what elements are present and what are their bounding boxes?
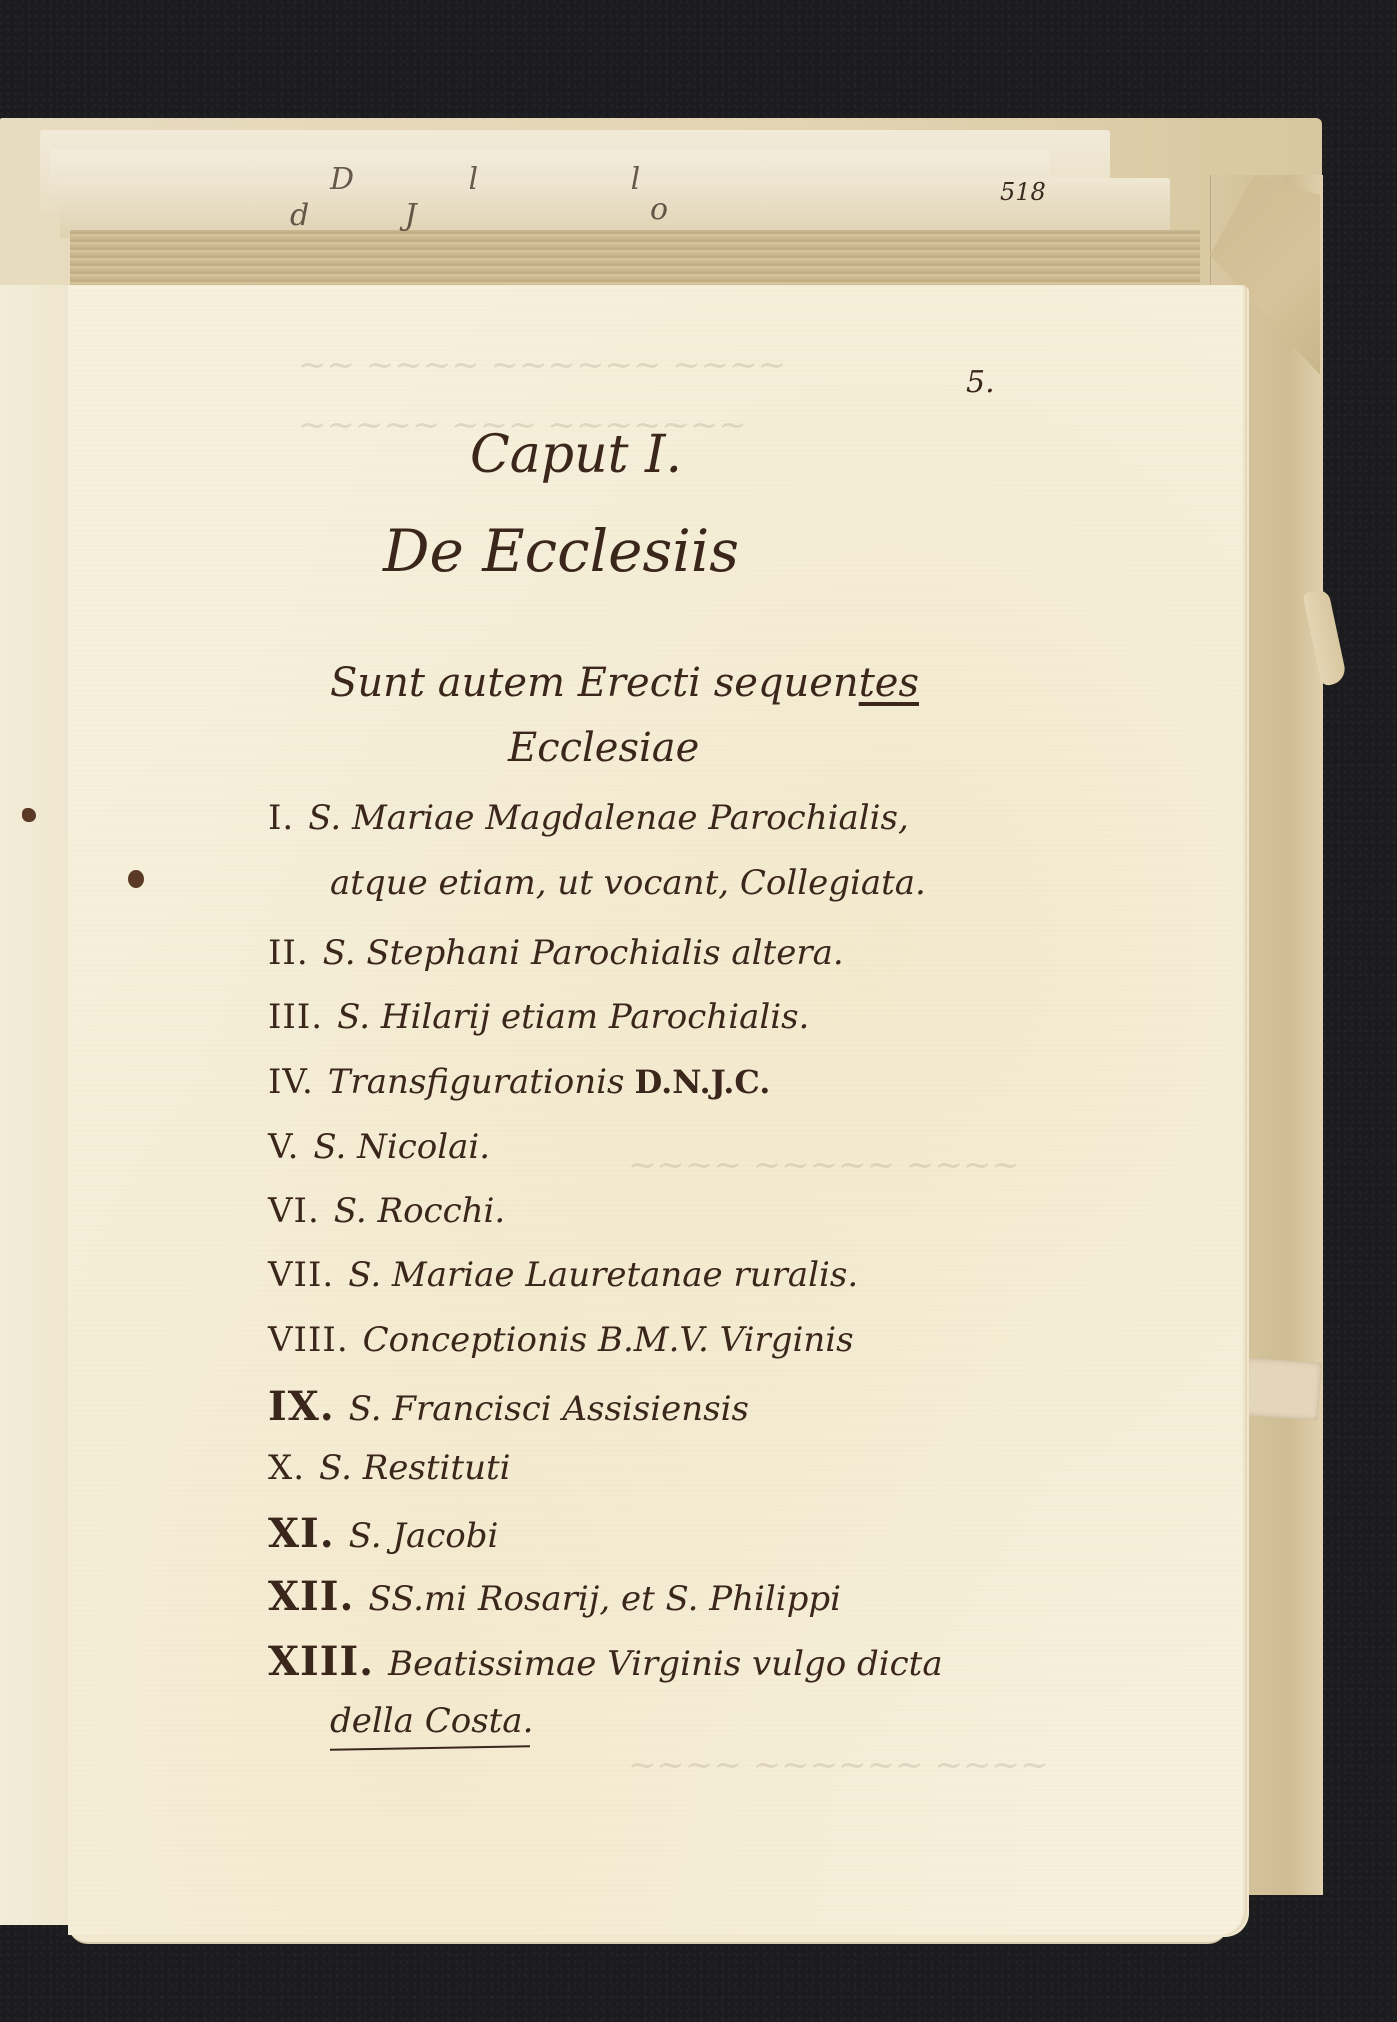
church-item: VI. S. Rocchi. <box>268 1191 505 1231</box>
church-numeral: VI. <box>268 1191 320 1231</box>
church-name: TransfigurationisD.N.J.C. <box>328 1062 771 1102</box>
church-numeral: X. <box>268 1448 305 1488</box>
church-item: IV. TransfigurationisD.N.J.C. <box>268 1062 770 1102</box>
church-numeral: XII. <box>268 1573 354 1620</box>
underline-stroke <box>330 1745 530 1750</box>
manuscript-page: ~~ ~~~~ ~~~~~~ ~~~~ ~~~~~ ~~~ ~~~~~~~ ~~… <box>68 285 1243 1935</box>
church-numeral: I. <box>268 798 294 838</box>
church-name: S. Mariae Magdalenae Parochialis, <box>308 798 909 838</box>
church-numeral: VIII. <box>268 1320 349 1360</box>
church-name-continuation: atque etiam, ut vocant, Collegiata. <box>330 863 926 903</box>
church-name: S. Restituti <box>319 1448 511 1488</box>
church-numeral: II. <box>268 933 309 973</box>
church-name: S. Jacobi <box>349 1516 499 1556</box>
folio-number: 518 <box>1000 178 1046 206</box>
church-name: S. Hilarij etiam Parochialis. <box>337 997 809 1037</box>
church-name: S. Stephani Parochialis altera. <box>323 933 844 973</box>
church-item: III. S. Hilarij etiam Parochialis. <box>268 997 809 1037</box>
page-stack: D l l d J o <box>30 130 1210 290</box>
church-name: S. Nicolai. <box>313 1127 490 1167</box>
page-edges-block <box>70 230 1200 290</box>
church-numeral: IX. <box>268 1383 335 1430</box>
church-numeral: III. <box>268 997 323 1037</box>
church-name: S. Rocchi. <box>334 1191 505 1231</box>
church-item: X. S. Restituti <box>268 1448 511 1488</box>
stack-handwriting: o <box>650 192 668 227</box>
church-name-text: Transfigurationis <box>328 1062 625 1102</box>
church-item: XI. S. Jacobi <box>268 1510 498 1557</box>
church-item: I. S. Mariae Magdalenae Parochialis, <box>268 798 909 838</box>
church-item: II. S. Stephani Parochialis altera. <box>268 933 844 973</box>
church-numeral: XIII. <box>268 1638 374 1685</box>
church-numeral: VII. <box>268 1255 334 1295</box>
church-name-abbrev: D.N.J.C. <box>635 1063 771 1101</box>
church-numeral: V. <box>268 1127 299 1167</box>
church-item: VIII. Conceptionis B.M.V. Virginis <box>268 1320 854 1360</box>
church-name: S. Mariae Lauretanae ruralis. <box>348 1255 858 1295</box>
church-item: IX. S. Francisci Assisiensis <box>268 1383 749 1430</box>
church-item: V. S. Nicolai. <box>268 1127 490 1167</box>
church-name: S. Francisci Assisiensis <box>349 1389 749 1429</box>
church-item: VII. S. Mariae Lauretanae ruralis. <box>268 1255 858 1295</box>
church-name: Beatissimae Virginis vulgo dicta <box>388 1644 943 1684</box>
church-list: I. S. Mariae Magdalenae Parochialis, atq… <box>68 285 1243 1935</box>
left-leaf <box>0 285 70 1925</box>
stack-handwriting: D l l <box>330 162 640 197</box>
ink-spot <box>22 808 36 822</box>
tie-ribbon <box>1242 1357 1322 1420</box>
church-name-continuation: della Costa. <box>330 1701 533 1741</box>
church-name: SS.mi Rosarij, et S. Philippi <box>368 1579 841 1619</box>
church-numeral: XI. <box>268 1510 335 1557</box>
church-numeral: IV. <box>268 1062 314 1102</box>
church-item: XII. SS.mi Rosarij, et S. Philippi <box>268 1573 841 1620</box>
stack-handwriting: d J <box>290 198 417 233</box>
church-item: XIII. Beatissimae Virginis vulgo dicta <box>268 1638 943 1685</box>
church-name: Conceptionis B.M.V. Virginis <box>363 1320 854 1360</box>
